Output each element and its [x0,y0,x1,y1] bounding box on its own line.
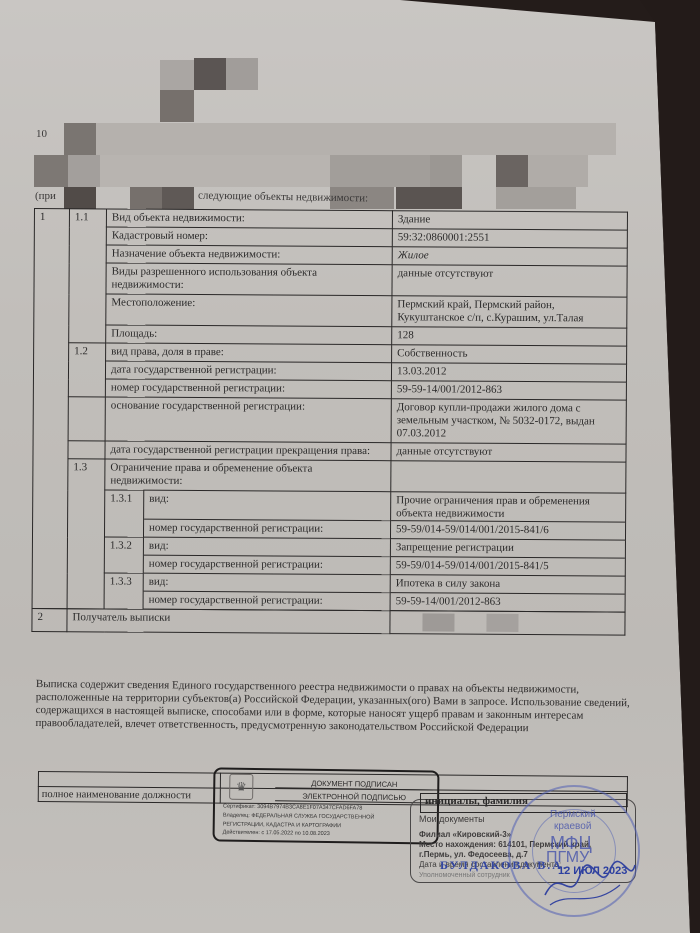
row-value: 59-59-14/001/2012-863 [391,593,625,611]
row-label: Назначение объекта недвижимости: [106,245,392,265]
row-value: Запрещение регистрации [391,539,625,558]
row-label: дата государственной регистрации прекращ… [105,441,391,461]
seal-text: Пермский [550,809,596,820]
row-value: Пермский край, Пермский район, Кукуштанс… [392,296,627,328]
section-number: 2 [32,608,67,631]
item-number: 1.3.3 [104,573,143,609]
row-label: номер государственной регистрации: [144,592,390,611]
owner: Владелец: ФЕДЕРАЛЬНАЯ СЛУЖБА ГОСУДАРСТВЕ… [223,813,375,821]
table-row: 1.3.2 вид: номер государственной регистр… [32,536,625,576]
item-number: 1.3.1 [104,490,143,537]
row-value: Ипотека в силу закона [391,575,625,594]
certificate: Сертификат: 3094B7974B3CA8E1F07A347CFAD6… [223,804,362,812]
item-values: Прочие ограничения прав и обременения об… [390,492,625,540]
subsection-number: 1.2 [68,343,105,397]
mfc-branch: Филиал «Кировский-3» [419,830,511,839]
electronic-signature-stamp: ♛ ДОКУМЕНТ ПОДПИСАН ЭЛЕКТРОННОЙ ПОДПИСЬЮ… [212,767,439,844]
owner-cont: РЕГИСТРАЦИИ, КАДАСТРА И КАРТОГРАФИИ [223,822,341,830]
row-label: Местоположение: [106,294,392,327]
property-table: 1 1.1 Вид объекта недвижимости: Здание К… [31,208,628,636]
row-label: дата государственной регистрации: [105,361,391,381]
row-label: Кадастровый номер: [106,227,392,247]
row-label: Вид объекта недвижимости: [106,209,392,229]
row-label: вид: [144,574,390,594]
position-label: полное наименование должности [38,787,220,804]
e-sign-subtitle: ЭЛЕКТРОННОЙ ПОДПИСЬЮ [275,791,433,803]
item-labels: вид: номер государственной регистрации: [143,490,390,539]
header-fragment-2: (при [35,190,56,202]
row-value: Договор купли-продажи жилого дома с земе… [391,399,626,444]
recipient-value-redacted [390,611,625,635]
row-value: 128 [392,327,627,346]
authorized-label: Уполномоченный сотрудник [419,872,510,879]
seal-text: краевой [554,821,591,832]
row-value: данные отсутствуют [391,443,626,462]
emblem-icon: ♛ [229,774,253,800]
row-label: Площадь: [106,325,392,345]
item-values: Ипотека в силу закона 59-59-14/001/2012-… [390,575,625,612]
validity: Действителен: с 17.05.2022 по 10.08.2023 [223,830,330,837]
row-value: данные отсутствуют [392,265,627,297]
row-value: Прочие ограничения прав и обременения об… [391,492,625,522]
row-value: 59-59/014-59/014/001/2015-841/6 [391,521,625,539]
legal-notice: Выписка содержит сведения Единого госуда… [35,678,636,736]
row-value: 59-59-14/001/2012-863 [391,381,626,400]
table-row: 1.3 Ограничение права и обременение объе… [33,458,626,493]
table-row: 1.3.1 вид: номер государственной регистр… [32,489,625,540]
table-row: 1.3.3 вид: номер государственной регистр… [32,572,625,612]
table-row: Местоположение:Пермский край, Пермский р… [34,294,627,329]
table-row: Виды разрешенного использования объекта … [34,263,627,298]
row-label: номер государственной регистрации: [105,379,391,399]
subsection-number: 1.1 [69,209,107,343]
row-value: Жилое [392,247,627,266]
mfc-brand: Мои документы [419,814,485,824]
initials-label: инициалы, фамилия [425,795,528,807]
e-sign-title: ДОКУМЕНТ ПОДПИСАН [275,778,433,790]
row-label: номер государственной регистрации: [144,520,390,539]
row-label: Ограничение права и обременение объекта … [105,459,391,492]
row-value: 59-59/014-59/014/001/2015-841/5 [391,557,625,575]
subsection-number: 1.3 [67,459,105,609]
section-number: 1 [32,209,69,609]
row-value: Собственность [392,345,627,364]
item-labels: вид: номер государственной регистрации: [143,537,390,575]
recipient-label: Получатель выписки [67,609,390,634]
row-value: Здание [392,211,627,230]
row-label: вид: [144,491,390,522]
row-value: 13.03.2012 [391,363,626,382]
handwritten-signature [540,855,640,915]
row-label: Виды разрешенного использования объекта … [106,263,392,296]
row-value [391,461,626,493]
header-fragment: 10 [36,128,47,140]
row-label: вид: [144,538,390,558]
item-values: Запрещение регистрации 59-59/014-59/014/… [390,539,625,576]
row-label: основание государственной регистрации: [105,397,391,443]
item-labels: вид: номер государственной регистрации: [143,573,390,611]
table-row: основание государственной регистрации:До… [33,396,626,444]
row-value: 59:32:0860001:2551 [392,229,627,248]
row-label: номер государственной регистрации: [144,556,390,575]
item-number: 1.3.2 [104,537,143,573]
table-row: 2 Получатель выписки [32,608,625,635]
row-label: вид права, доля в праве: [106,343,392,363]
